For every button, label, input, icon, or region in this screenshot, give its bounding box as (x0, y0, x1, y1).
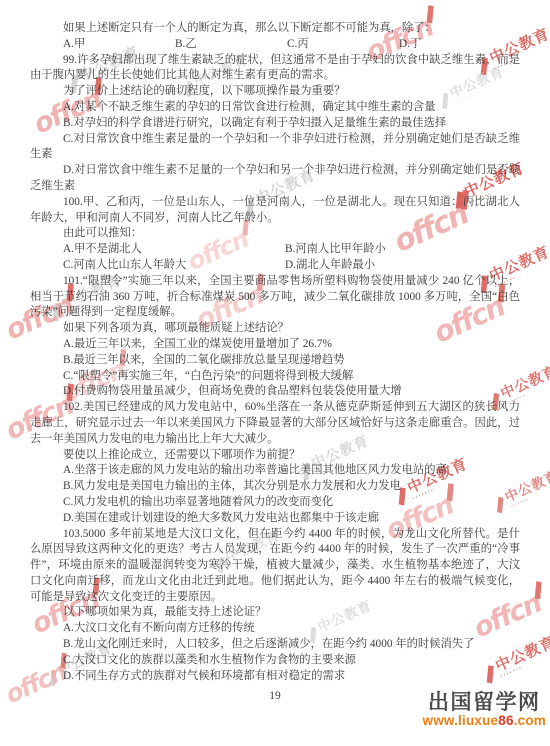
q100-stem: 100.甲、乙和丙，一位是山东人，一位是河南人，一位是湖北人。现在只知道：丙比湖… (30, 195, 520, 227)
q101-option-d: D.付费购物袋用量虽减少，但商场免费的食品塑料包装袋使用量大增 (30, 384, 520, 400)
q99-question: 为了评价上述结论的确切程度，以下哪项操作最为重要？ (30, 84, 520, 100)
q101-option-c: C.“限塑令”再实施三年，“白色污染”的问题将得到极大缓解 (30, 369, 520, 385)
scanned-exam-page: offcn中公教育▪▪▪▪▪▪▪中公教育▪▪▪▪▪▪▪中公教育▪▪▪▪▪▪▪中公… (0, 0, 550, 746)
q103-option-c: C.大汶口文化的族群以藻类和水生植物作为食物的主要来源 (30, 653, 520, 669)
q99-option-a: A.对某个不缺乏维生素的孕妇的日常饮食进行检测，确定其中维生素的含量 (30, 100, 520, 116)
q98-option-c: C.丙 (287, 37, 399, 53)
q100-option-b: B.河南人比甲年龄小 (285, 242, 520, 258)
q98-option-a: A.甲 (63, 37, 175, 53)
q101-option-b: B.最近三年以来，全国的二氧化碳排放总量呈现递增趋势 (30, 353, 520, 369)
q100-option-a: A.甲不是湖北人 (63, 242, 285, 258)
document-content: 如果上述断定只有一个人的断定为真，那么以下断定都不可能为真，除了：A.甲B.乙C… (0, 0, 550, 684)
q102-question: 要使以上推论成立，还需要以下哪项作为前提？ (30, 448, 520, 464)
q102-option-a: A.坐落于该走廊的风力发电站的输出功率普遍比美国其他地区风力发电站的高 (30, 463, 520, 479)
q103-stem: 103.5000 多年前某地是大汶口文化，但在距今约 4400 年的时候，为龙山… (30, 527, 520, 606)
site-url-suffix: .com (514, 713, 546, 728)
q101-question: 如果下列各项为真，哪项最能质疑上述结论？ (30, 321, 520, 337)
site-logo-name: 出国留学网 (423, 692, 547, 713)
q101-option-a: A.最近三年以来，全国工业的煤炭使用量增加了 26.7% (30, 337, 520, 353)
q98-options-row: A.甲B.乙C.丙D.丁 (30, 37, 520, 53)
q100-option-c: C.河南人比山东人年龄大 (63, 258, 285, 274)
q100-options-row-1: A.甲不是湖北人B.河南人比甲年龄小 (30, 242, 520, 258)
q99-stem: 99.许多孕妇都出现了维生素缺乏的症状，但这通常不是由于孕妇的饮食中缺乏维生素，… (30, 53, 520, 85)
q100-option-d: D.湖北人年龄最小 (285, 258, 520, 274)
q102-stem: 102.美国已经建成的风力发电站中，60%坐落在一条从德克萨斯延伸到五大湖区的狭… (30, 400, 520, 447)
q100-question: 由此可以推知： (30, 226, 520, 242)
q99-option-c: C.对日常饮食中维生素足量的一个孕妇和一个非孕妇进行检测，并分别确定她们是否缺乏… (30, 132, 520, 164)
q103-option-a: A.大汶口文化有不断向南方迁移的传统 (30, 621, 520, 637)
site-logo-url: www.liuxue86.com (423, 714, 547, 728)
q103-option-b: B.龙山文化刚迁来时，人口较多，但之后逐渐减少，在距今约 4000 年的时候消失… (30, 637, 520, 653)
site-url-number: 86 (498, 713, 513, 728)
q100-options-row-2: C.河南人比山东人年龄大D.湖北人年龄最小 (30, 258, 520, 274)
q99-option-b: B.对孕妇的科学食谱进行研究，以确定有利于孕妇摄入足量维生素的最佳选择 (30, 116, 520, 132)
q102-option-d: D.美国在建或计划建设的绝大多数风力发电站也都集中于该走廊 (30, 511, 520, 527)
q98-stem-continued: 如果上述断定只有一个人的断定为真，那么以下断定都不可能为真，除了： (30, 21, 520, 37)
q101-stem: 101.“限塑令”实施三年以来，全国主要商品零售场所塑料购物袋使用量减少 240… (30, 274, 520, 321)
site-url-prefix: www.liuxue (423, 713, 499, 728)
q103-option-d: D.不同生存方式的族群对气候和环境都有相对稳定的需求 (30, 669, 520, 685)
q103-question: 以下哪项如果为真，最能支持上述论证？ (30, 605, 520, 621)
site-logo: 出国留学网 www.liuxue86.com (423, 692, 547, 728)
q99-option-d: D.对日常饮食中维生素不足量的一个孕妇和另一个非孕妇进行检测，并分别确定她们是否… (30, 163, 520, 195)
q98-option-b: B.乙 (175, 37, 287, 53)
q98-option-d: D.丁 (399, 37, 511, 53)
q102-option-c: C.风力发电机的输出功率显著地随着风力的改变而变化 (30, 495, 520, 511)
q102-option-b: B.风力发电是美国电力输出的主体，其次分别是水力发展和火力发电 (30, 479, 520, 495)
